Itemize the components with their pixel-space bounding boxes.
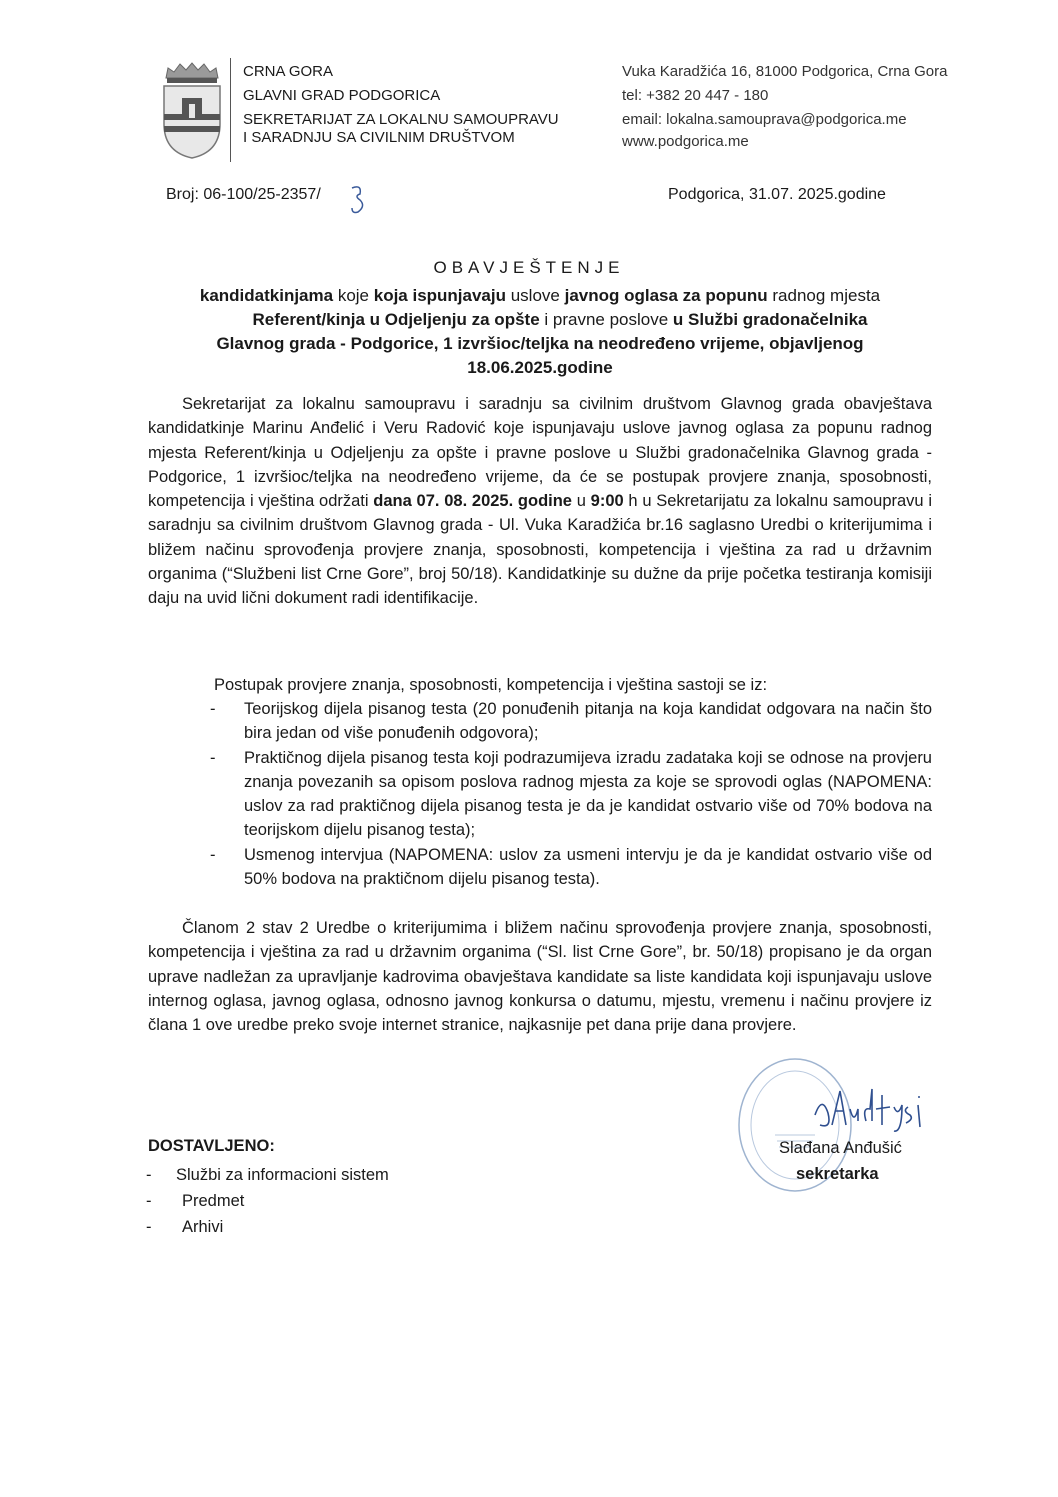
signatory-role: sekretarka: [796, 1165, 879, 1184]
delivered-heading: DOSTAVLJENO:: [148, 1137, 275, 1156]
email-link[interactable]: email: lokalna.samouprava@podgorica.me: [622, 108, 947, 132]
secretariat-name-line2: I SARADNJU SA CIVILNIM DRUŠTVOM: [243, 126, 559, 150]
reference-number: Broj: 06-100/25-2357/: [166, 186, 321, 204]
letterhead-contact: Vuka Karadžića 16, 81000 Podgorica, Crna…: [622, 60, 947, 154]
paragraph-notice: Sekretarijat za lokalnu samoupravu i sar…: [148, 392, 932, 611]
handwritten-signature-icon: [810, 1085, 940, 1135]
list-item: -Arhivi: [146, 1214, 389, 1240]
letterhead-institution: CRNA GORA GLAVNI GRAD PODGORICA SEKRETAR…: [243, 60, 559, 150]
paragraph-procedure-intro: Postupak provjere znanja, sposobnosti, k…: [148, 673, 932, 697]
list-item: -Usmenog intervjua (NAPOMENA: uslov za u…: [148, 843, 932, 892]
subtitle-line-3: Glavnog grada - Podgorice, 1 izvršioc/te…: [150, 332, 930, 356]
delivered-list: -Službi za informacioni sistem -Predmet …: [146, 1162, 389, 1240]
coat-of-arms-icon: [158, 60, 226, 160]
document-date: Podgorica, 31.07. 2025.godine: [668, 186, 886, 204]
city-name: GLAVNI GRAD PODGORICA: [243, 84, 559, 108]
list-item: -Praktičnog dijela pisanog testa koji po…: [148, 746, 932, 843]
subtitle-line-2: Referent/kinja u Odjeljenju za opšte i p…: [150, 308, 930, 332]
subtitle-line-4: 18.06.2025.godine: [150, 356, 930, 380]
paragraph-legal-basis: Članom 2 stav 2 Uredbe o kriterijumima i…: [148, 916, 932, 1037]
website-link[interactable]: www.podgorica.me: [622, 130, 947, 154]
list-item: -Predmet: [146, 1188, 389, 1214]
list-item: -Teorijskog dijela pisanog testa (20 pon…: [148, 697, 932, 746]
country-name: CRNA GORA: [243, 60, 559, 84]
handwritten-number-icon: [346, 182, 372, 218]
letterhead-divider: [230, 58, 231, 162]
list-item: -Službi za informacioni sistem: [146, 1162, 389, 1188]
phone: tel: +382 20 447 - 180: [622, 84, 947, 108]
document-title: OBAVJEŠTENJE: [0, 258, 1058, 278]
address: Vuka Karadžića 16, 81000 Podgorica, Crna…: [622, 60, 947, 84]
subtitle-line-1: kandidatkinjama koje koja ispunjavaju us…: [150, 284, 930, 308]
procedure-list: -Teorijskog dijela pisanog testa (20 pon…: [148, 697, 932, 891]
signatory-name: Slađana Anđušić: [779, 1139, 902, 1158]
document-subtitle: kandidatkinjama koje koja ispunjavaju us…: [150, 284, 930, 380]
